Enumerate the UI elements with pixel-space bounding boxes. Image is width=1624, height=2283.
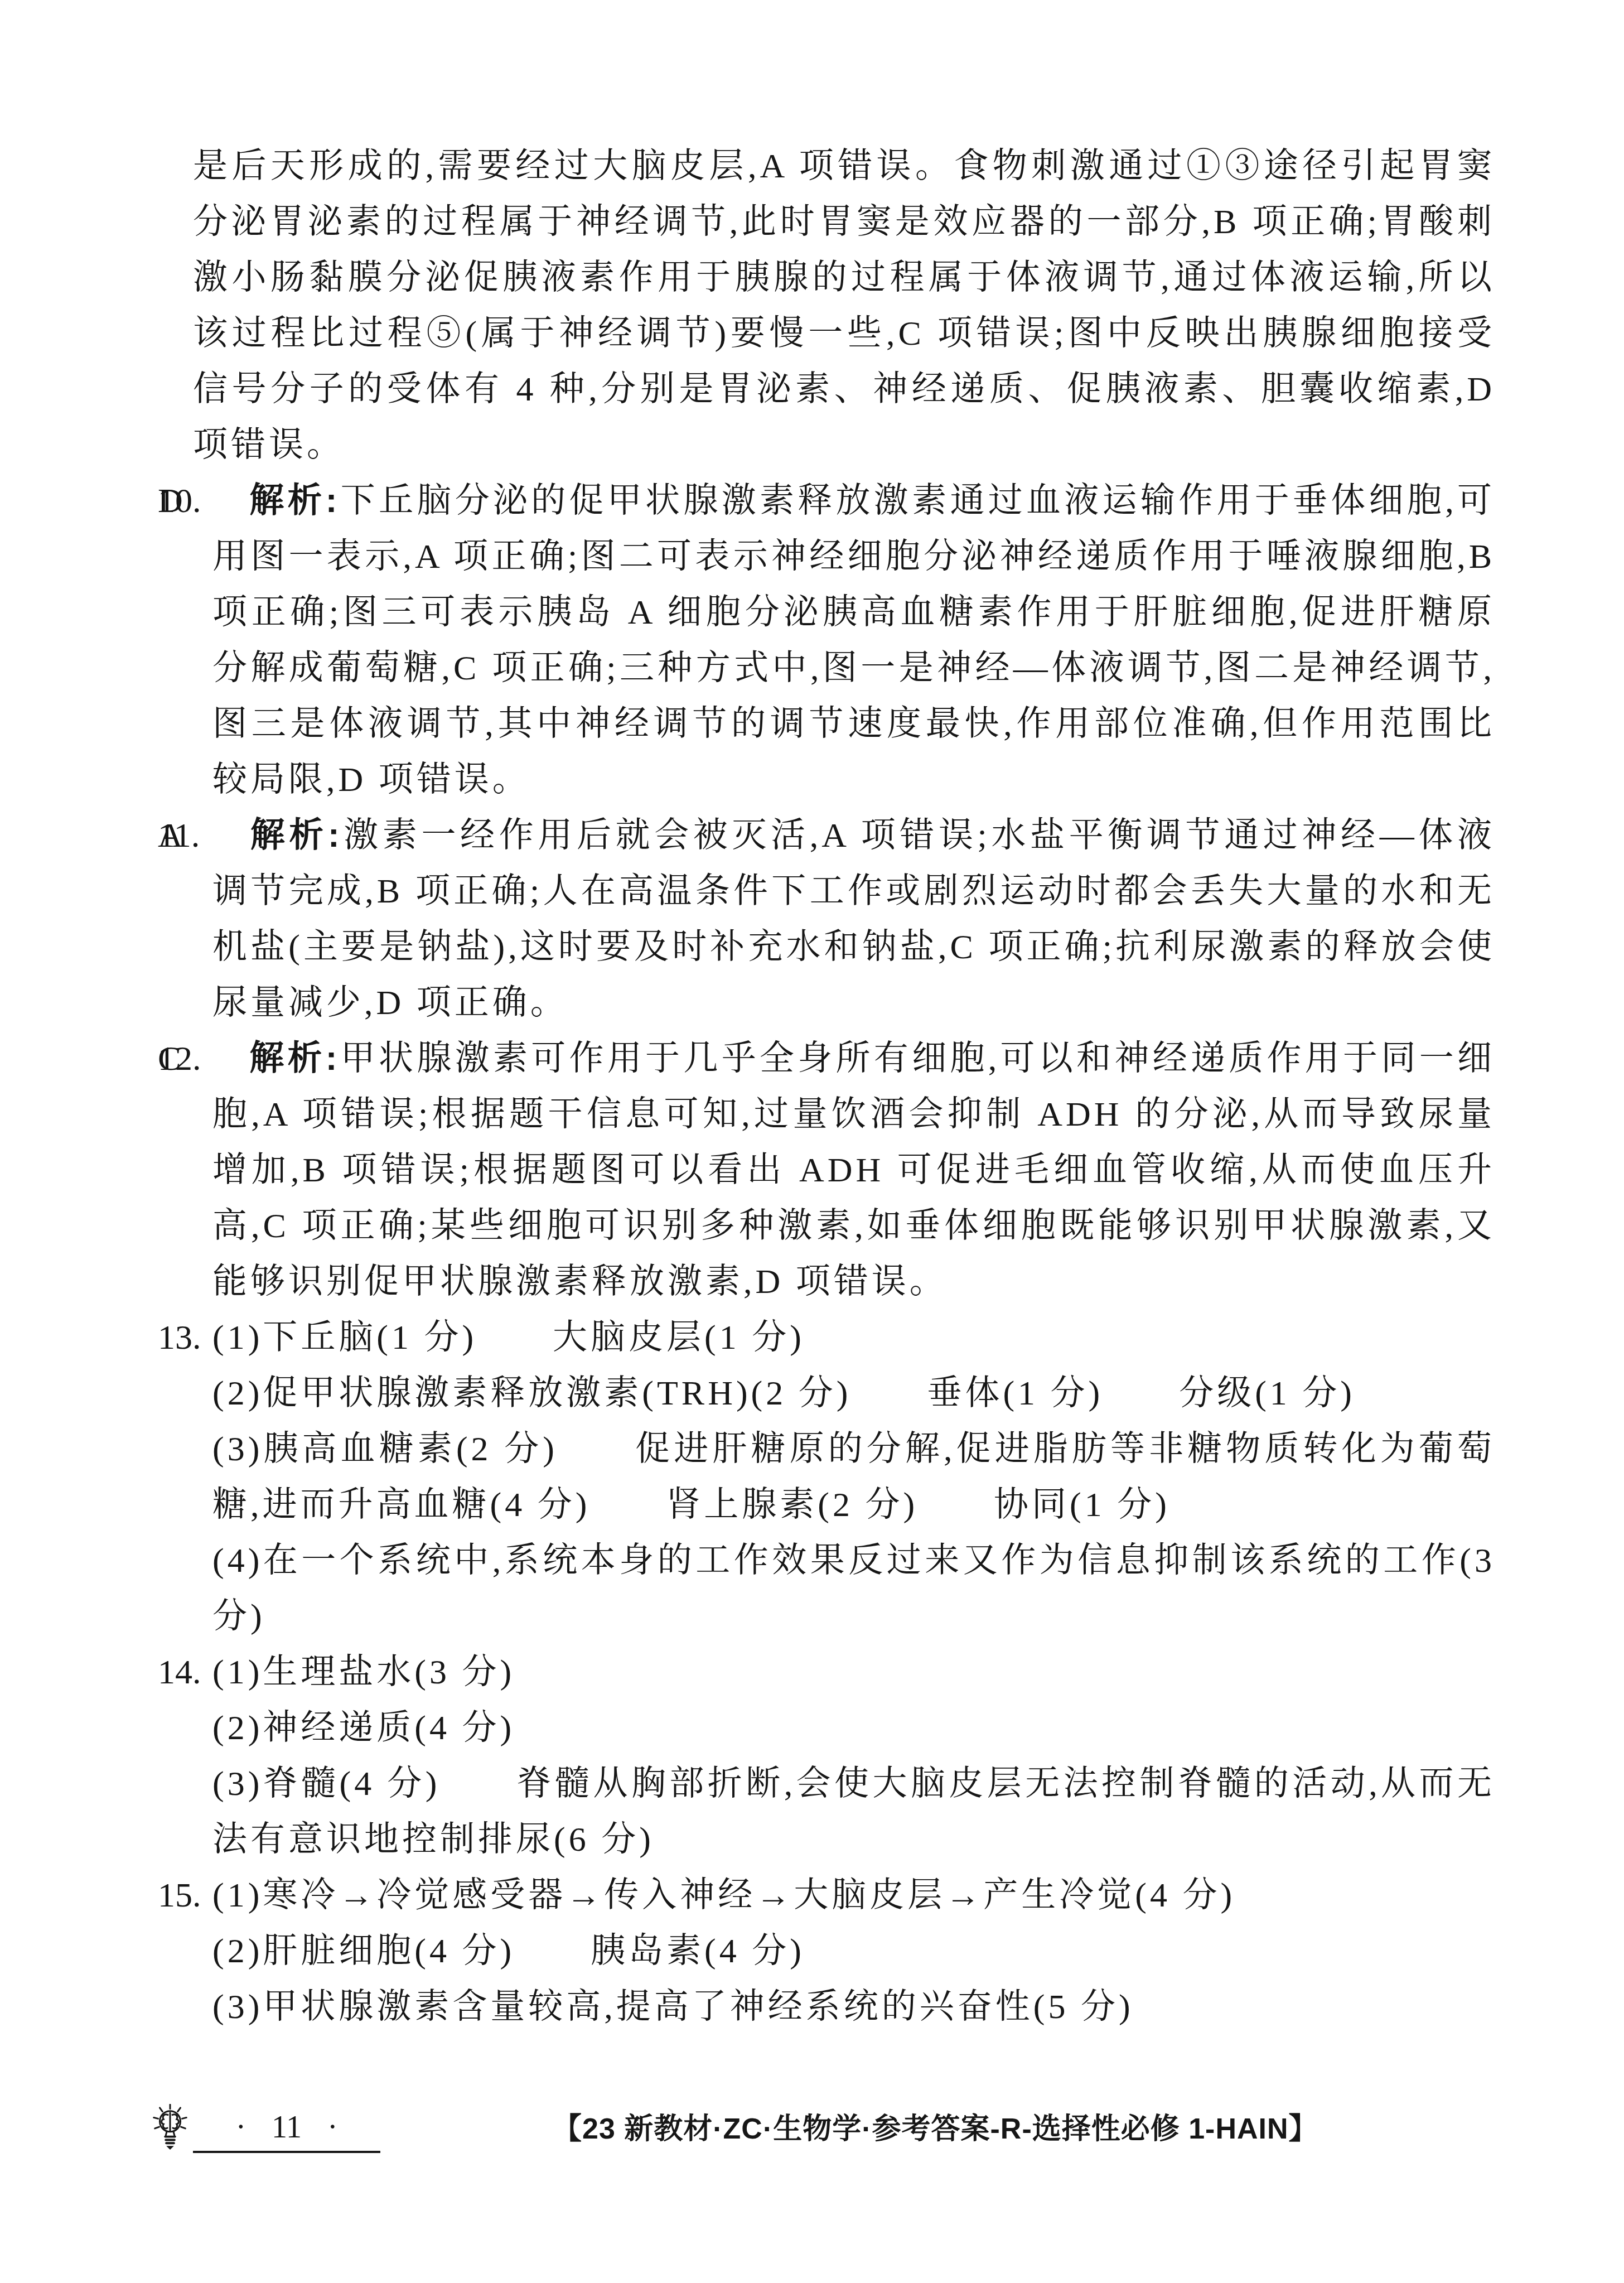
page-number: · 11 ·: [193, 2106, 380, 2149]
analysis-label: 解析:: [249, 1039, 341, 1078]
item-part-text: (1)下丘脑(1 分) 大脑皮层(1 分): [212, 1319, 805, 1357]
item-number: 13.: [158, 1310, 212, 1365]
analysis-text: 下丘脑分泌的促甲状腺激素释放激素通过血液运输作用于垂体细胞,可用图一表示,A 项…: [212, 482, 1495, 799]
footer-source-label: 【23 新教材·ZC·生物学·参考答案-R-选择性必修 1-HAIN】: [553, 2112, 1318, 2146]
answer-item-10: 10.D解析:下丘脑分泌的促甲状腺激素释放激素通过血液运输作用于垂体细胞,可用图…: [158, 473, 1495, 808]
answers-content: 是后天形成的,需要经过大脑皮层,A 项错误。食物刺激通过①③途径引起胃窦分泌胃泌…: [158, 138, 1495, 2035]
item-number: 15.: [158, 1867, 212, 1923]
analysis-text: 激素一经作用后就会被灭活,A 项错误;水盐平衡调节通过神经—体液调节完成,B 项…: [212, 817, 1495, 1022]
answer-item-15: 15.(1)寒冷→冷觉感受器→传入神经→大脑皮层→产生冷觉(4 分) (2)肝脏…: [158, 1867, 1495, 2035]
analysis-text: 甲状腺激素可作用于几乎全身所有细胞,可以和神经递质作用于同一细胞,A 项错误;根…: [212, 1040, 1495, 1301]
answer-key-page: { "page": { "colors": { "ink": "#161616"…: [0, 0, 1624, 2283]
item-part-text: (1)生理盐水(3 分): [212, 1653, 515, 1691]
answer-item-14: 14.(1)生理盐水(3 分) (2)神经递质(4 分) (3)脊髓(4 分) …: [158, 1644, 1495, 1867]
item-part-line: (3)胰高血糖素(2 分) 促进肝糖原的分解,促进脂肪等非糖物质转化为葡萄糖,进…: [158, 1421, 1495, 1533]
page-number-dot-left: ·: [235, 2106, 246, 2149]
item-part-line: (2)神经递质(4 分): [158, 1700, 1495, 1756]
item-part-line: (3)甲状腺激素含量较高,提高了神经系统的兴奋性(5 分): [158, 1979, 1495, 2035]
item-part-line: 14.(1)生理盐水(3 分): [158, 1644, 1495, 1700]
page-number-dot-right: ·: [327, 2106, 338, 2149]
analysis-label: 解析:: [249, 816, 343, 855]
answer-item-11: 11.A解析:激素一经作用后就会被灭活,A 项错误;水盐平衡调节通过神经—体液调…: [158, 808, 1495, 1031]
answer-item-12: 12.C解析:甲状腺激素可作用于几乎全身所有细胞,可以和神经递质作用于同一细胞,…: [158, 1031, 1495, 1310]
item-number: 14.: [158, 1644, 212, 1700]
item-part-line: 13.(1)下丘脑(1 分) 大脑皮层(1 分): [158, 1310, 1495, 1365]
continuation-paragraph: 是后天形成的,需要经过大脑皮层,A 项错误。食物刺激通过①③途径引起胃窦分泌胃泌…: [158, 138, 1495, 473]
item-part-line: (4)在一个系统中,系统本身的工作效果反过来又作为信息抑制该系统的工作(3 分): [158, 1533, 1495, 1644]
item-part-line: (2)肝脏细胞(4 分) 胰岛素(4 分): [158, 1923, 1495, 1979]
page-number-value: 11: [272, 2106, 302, 2149]
item-part-line: 15.(1)寒冷→冷觉感受器→传入神经→大脑皮层→产生冷觉(4 分): [158, 1867, 1495, 1923]
answer-item-13: 13.(1)下丘脑(1 分) 大脑皮层(1 分) (2)促甲状腺激素释放激素(T…: [158, 1310, 1495, 1644]
analysis-label: 解析:: [249, 481, 341, 520]
item-part-line: (2)促甲状腺激素释放激素(TRH)(2 分) 垂体(1 分) 分级(1 分): [158, 1365, 1495, 1421]
item-part-line: (3)脊髓(4 分) 脊髓从胸部折断,会使大脑皮层无法控制脊髓的活动,从而无法有…: [158, 1756, 1495, 1867]
page-number-underline: [193, 2151, 380, 2153]
item-part-text: (1)寒冷→冷觉感受器→传入神经→大脑皮层→产生冷觉(4 分): [212, 1876, 1235, 1914]
brain-lightbulb-icon: [151, 2104, 189, 2151]
